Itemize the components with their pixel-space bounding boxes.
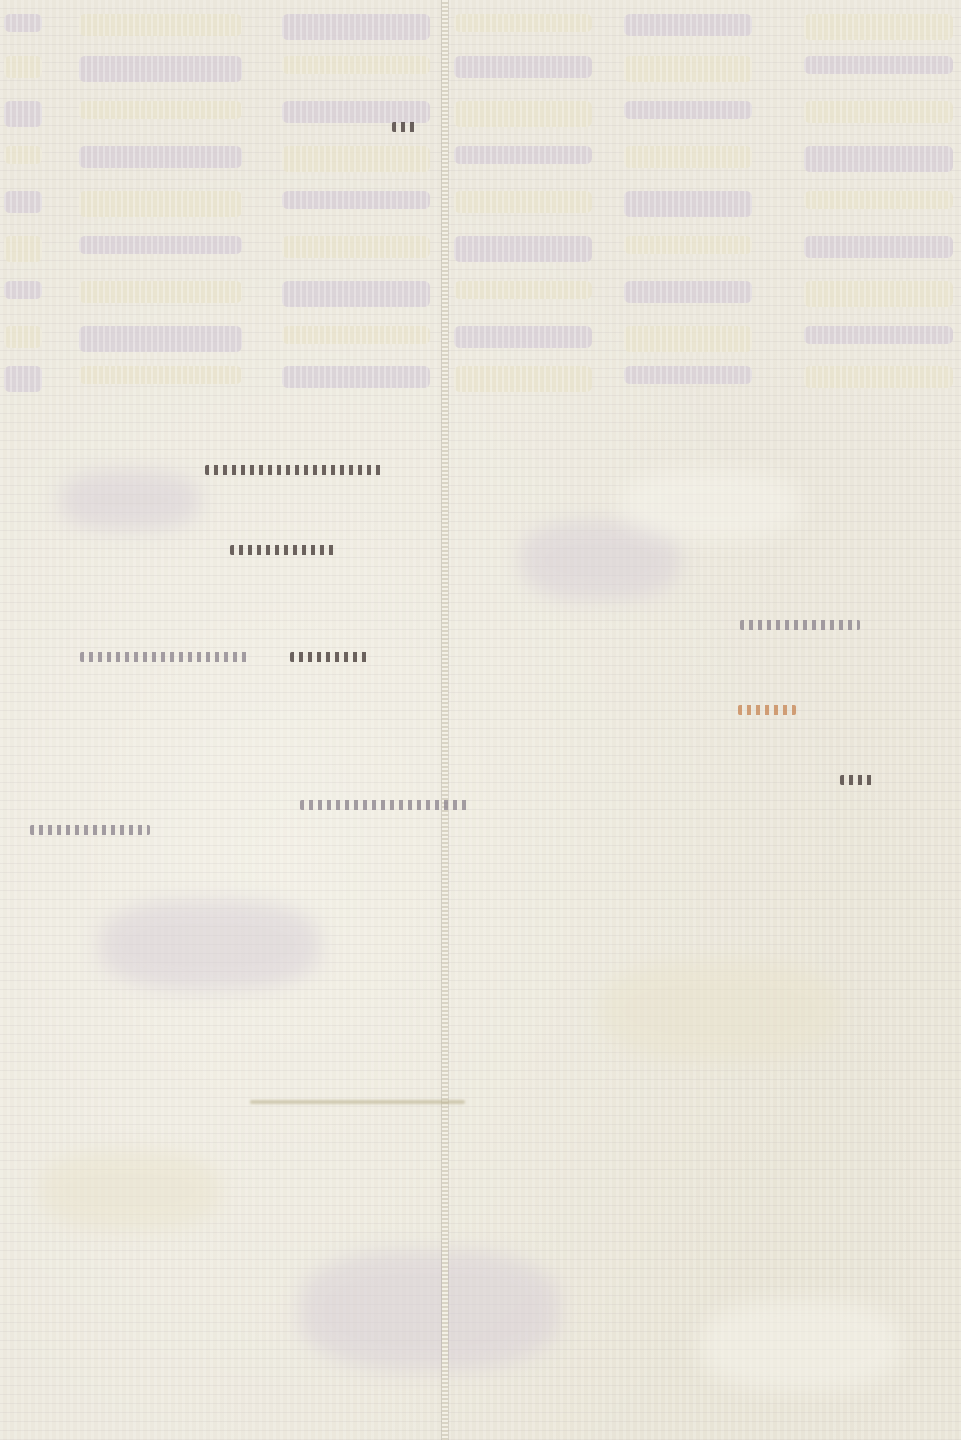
grid-band [624, 146, 752, 168]
grid-band [804, 281, 953, 307]
knot-mark [290, 652, 370, 662]
rug-photo [0, 0, 961, 1440]
tonal-patch [620, 470, 800, 540]
grid-band [79, 146, 242, 168]
tonal-patch [600, 960, 840, 1060]
grid-pattern-zone [0, 0, 961, 405]
grid-band [79, 236, 242, 254]
fold-crease [250, 1100, 465, 1104]
grid-band [624, 236, 752, 254]
grid-band [454, 56, 592, 78]
tonal-patch [40, 1150, 220, 1230]
grid-band [282, 191, 430, 209]
grid-band [282, 326, 430, 344]
grid-band [624, 14, 752, 36]
knot-mark [300, 800, 470, 810]
grid-band [804, 191, 953, 209]
knot-mark [840, 775, 875, 785]
grid-band [4, 236, 42, 262]
grid-band [804, 236, 953, 258]
grid-band [454, 281, 592, 299]
grid-band [454, 366, 592, 392]
tonal-patch [60, 470, 200, 530]
grid-band [454, 146, 592, 164]
grid-band [282, 56, 430, 74]
grid-band [79, 191, 242, 217]
grid-band [804, 56, 953, 74]
grid-band [804, 326, 953, 344]
grid-band [454, 191, 592, 213]
grid-band [454, 14, 592, 32]
grid-band [79, 14, 242, 36]
grid-band [79, 366, 242, 384]
knot-mark [740, 620, 860, 630]
grid-band [282, 14, 430, 40]
grid-band [804, 366, 953, 388]
grid-band [79, 326, 242, 352]
knot-mark [30, 825, 150, 835]
tonal-patch [300, 1250, 560, 1370]
knot-mark [230, 545, 335, 555]
grid-band [4, 366, 42, 392]
tonal-patch [100, 900, 320, 990]
grid-band [4, 146, 42, 164]
grid-band [4, 326, 42, 348]
grid-band [624, 366, 752, 384]
grid-band [4, 281, 42, 299]
grid-band [79, 101, 242, 119]
tonal-patch [700, 1300, 900, 1390]
grid-band [282, 146, 430, 172]
grid-band [282, 281, 430, 307]
knot-mark [392, 122, 417, 132]
grid-band [804, 146, 953, 172]
vertical-seam [442, 0, 448, 1440]
grid-band [454, 326, 592, 348]
grid-band [454, 101, 592, 127]
knot-mark [738, 705, 796, 715]
grid-band [454, 236, 592, 262]
grid-band [624, 56, 752, 82]
grid-band [282, 236, 430, 258]
grid-band [4, 191, 42, 213]
knot-mark [205, 465, 385, 475]
grid-band [624, 101, 752, 119]
grid-band [4, 56, 42, 78]
grid-band [282, 101, 430, 123]
knot-mark [80, 652, 250, 662]
grid-band [79, 56, 242, 82]
grid-band [4, 14, 42, 32]
grid-band [79, 281, 242, 303]
grid-band [624, 191, 752, 217]
grid-band [282, 366, 430, 388]
grid-band [624, 326, 752, 352]
grid-band [804, 101, 953, 123]
grid-band [4, 101, 42, 127]
grid-band [624, 281, 752, 303]
grid-band [804, 14, 953, 40]
